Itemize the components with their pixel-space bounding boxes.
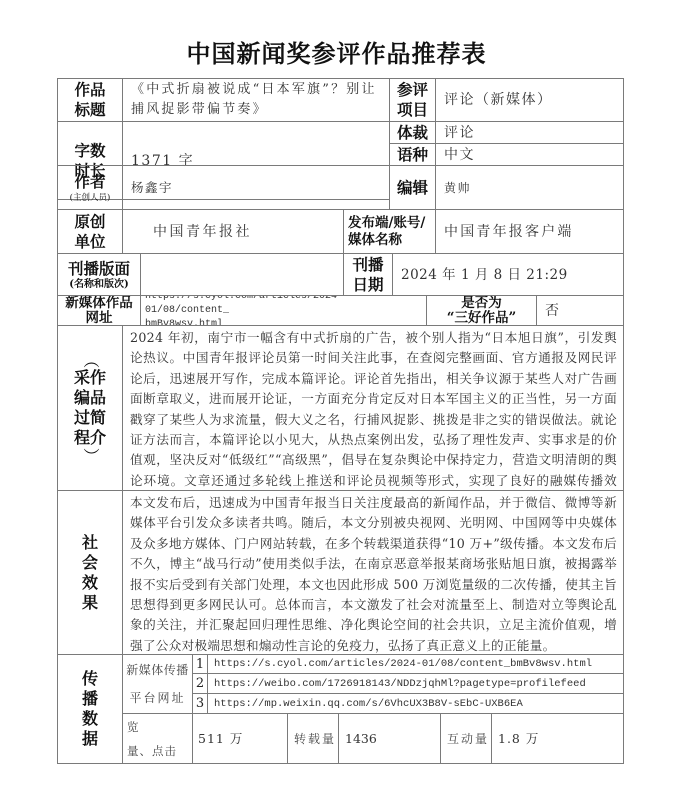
genre-value: 评论	[435, 121, 624, 144]
page-title: 中国新闻奖参评作品推荐表	[0, 34, 673, 69]
reads-label: 阅读量（浏览 量、点击量）	[122, 713, 193, 764]
social-effect-text: 本文发布后，迅速成为中国青年报当日关注度最高的新闻作品，并于微信、微博等新媒体平…	[122, 490, 624, 655]
genre-label: 体裁	[389, 121, 436, 144]
editor-label: 编辑	[389, 165, 436, 210]
reposts-value: 1436	[338, 713, 441, 764]
publish-date-value: 2024 年 1 月 8 日 21:29	[392, 253, 624, 296]
author-value: 杨鑫宇	[122, 165, 390, 210]
layout-value	[140, 253, 344, 296]
publish-date-label: 刊播 日期	[343, 253, 393, 296]
category-value: 评论（新媒体）	[435, 78, 624, 122]
work-title-value: 《中式折扇被说成“日本军旗”？别让捕风捉影带偏节奏》	[122, 78, 390, 122]
url-label: 新媒体作品 网址	[57, 295, 141, 326]
process-text: 2024 年初，南宁市一幅含有中式折扇的广告，被个别人指为“日本旭日旗”，引发舆…	[122, 325, 624, 491]
editor-value: 黄帅	[435, 165, 624, 210]
three-good-value: 否	[536, 295, 624, 326]
layout-label: 刊播版面 (名称和版次)	[57, 253, 141, 296]
reads-value: 511 万	[192, 713, 288, 764]
spread-label: 传 播 数 据	[57, 654, 123, 764]
url-index-1: 1	[192, 654, 208, 674]
author-label: 作者 (主创人员)	[57, 165, 123, 210]
reposts-label: 转载量	[287, 713, 339, 764]
platform-url-2[interactable]: https://weibo.com/1726918143/NDDzjqhMl?p…	[207, 673, 624, 694]
url-index-3: 3	[192, 693, 208, 714]
work-title-label: 作品 标题	[57, 78, 123, 122]
interactions-label: 互动量	[440, 713, 492, 764]
social-effect-label: 社 会 效 果	[57, 490, 123, 655]
origin-unit-value: 中国青年报社	[122, 209, 344, 254]
process-label: （ 采作 编品 过简 程介 ）	[57, 325, 123, 491]
origin-unit-label: 原创 单位	[57, 209, 123, 254]
platform-url-3[interactable]: https://mp.weixin.qq.com/s/6VhcUX3B8V-sE…	[207, 693, 624, 714]
platform-url-1[interactable]: https://s.cyol.com/articles/2024-01/08/c…	[207, 654, 624, 674]
three-good-label: 是否为 “三好作品”	[426, 295, 537, 326]
interactions-value: 1.8 万	[491, 713, 624, 764]
category-label: 参评 项目	[389, 78, 436, 122]
url-index-2: 2	[192, 673, 208, 694]
language-label: 语种	[389, 143, 436, 166]
language-value: 中文	[435, 143, 624, 166]
url-value[interactable]: https://s.cyol.com/articles/2024-01/08/c…	[140, 295, 427, 326]
publisher-label: 发布端/账号/ 媒体名称	[343, 209, 436, 254]
publisher-value: 中国青年报客户端	[435, 209, 624, 254]
platform-url-label: 新媒体传播 平台网址	[122, 654, 193, 714]
